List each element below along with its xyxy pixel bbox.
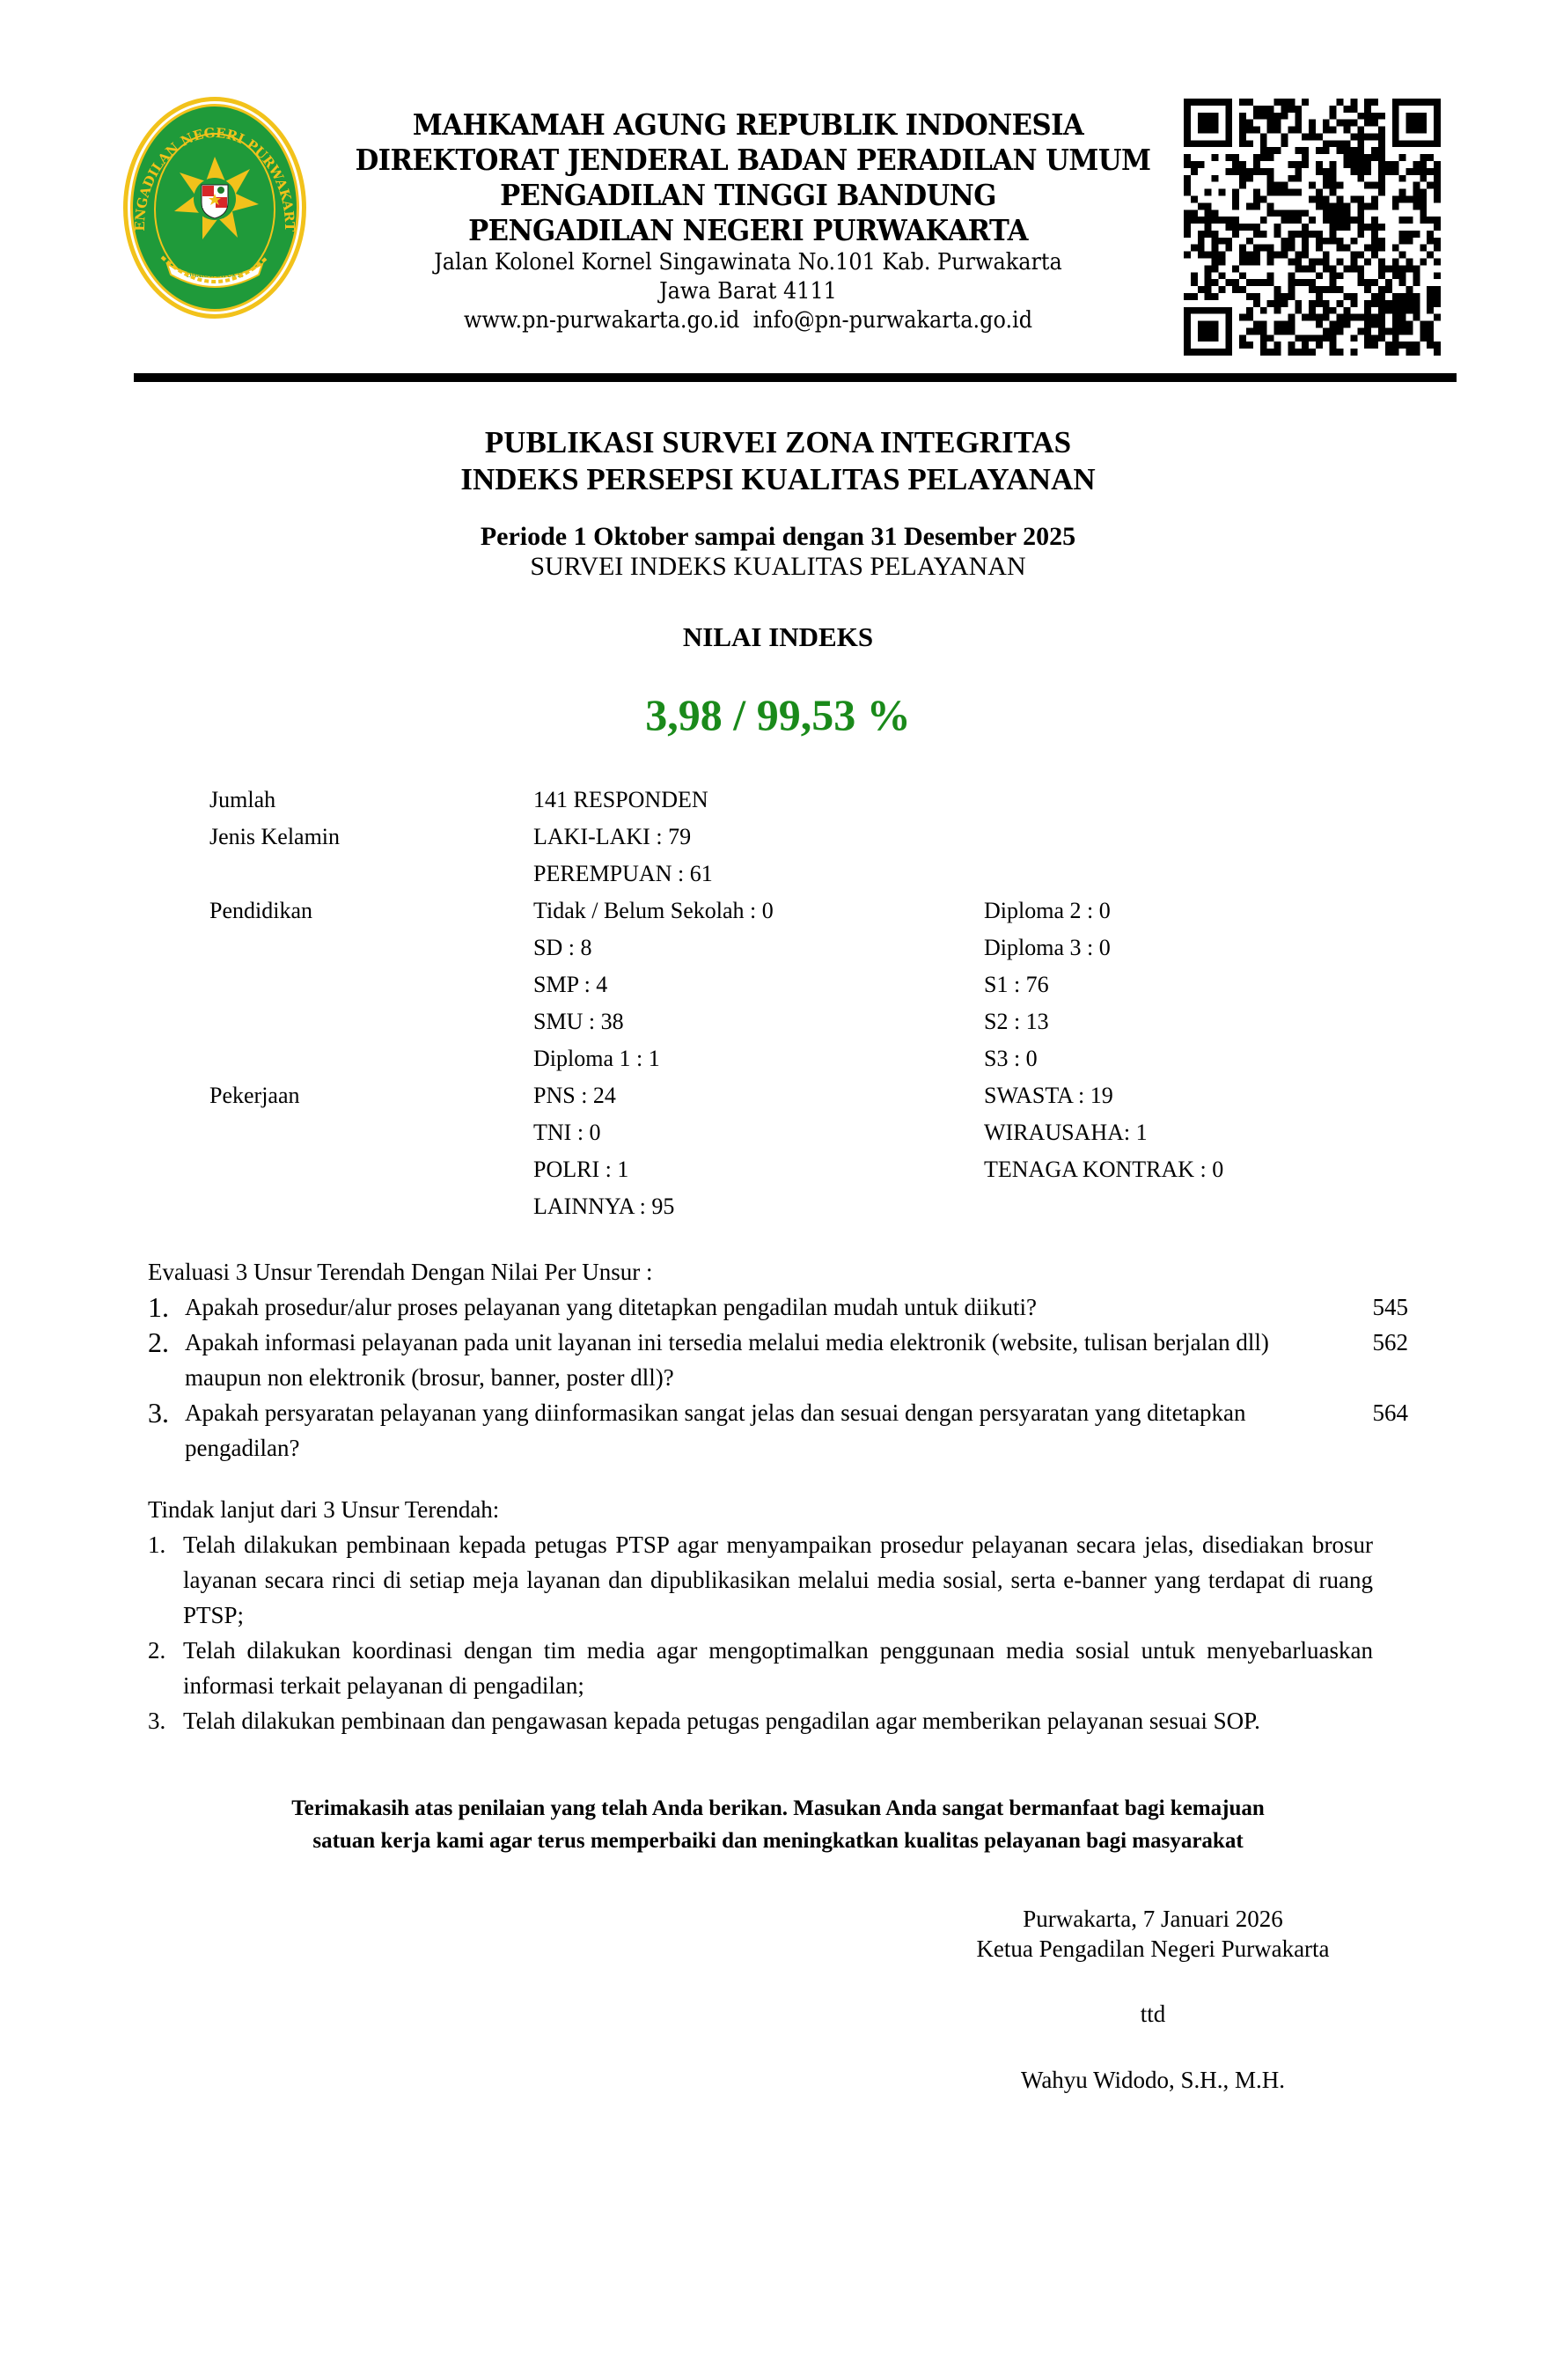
survey-period: Periode 1 Oktober sampai dengan 31 Desem…: [0, 521, 1556, 553]
respondent-count: PNS : 24: [533, 1077, 616, 1114]
survey-name: SURVEI INDEKS KUALITAS PELAYANAN: [0, 551, 1556, 583]
supreme-court-name: MAHKAMAH AGUNG REPUBLIK INDONESIA: [356, 107, 1141, 143]
respondent-count: SMP : 4: [533, 966, 607, 1003]
respondent-count: Diploma 1 : 1: [533, 1040, 660, 1077]
title-line-2: INDEKS PERSEPSI KUALITAS PELAYANAN: [0, 461, 1556, 498]
address: Jalan Kolonel Kornel Singawinata No.101 …: [359, 248, 1136, 277]
document-title: PUBLIKASI SURVEI ZONA INTEGRITAS INDEKS …: [0, 424, 1556, 498]
respondent-count: 141 RESPONDEN: [533, 782, 708, 819]
qr-code-icon: [1182, 99, 1442, 356]
item-number: 2.: [148, 1325, 169, 1360]
respondent-count: WIRAUSAHA: 1: [984, 1114, 1148, 1151]
thank-you-line-1: Terimakasih atas penilaian yang telah An…: [158, 1792, 1398, 1825]
evaluation-item: 3.Apakah persyaratan pelayanan yang diin…: [148, 1395, 1415, 1465]
respondent-count: TENAGA KONTRAK : 0: [984, 1151, 1223, 1188]
item-number: 2.: [148, 1633, 165, 1668]
item-text: Telah dilakukan koordinasi dengan tim me…: [183, 1637, 1373, 1699]
district-court-name: PENGADILAN NEGERI PURWAKARTA: [356, 213, 1141, 248]
respondent-count: PEREMPUAN : 61: [533, 856, 713, 892]
respondent-count: LAINNYA : 95: [533, 1188, 674, 1225]
letterhead: MAHKAMAH AGUNG REPUBLIK INDONESIA DIREKT…: [326, 107, 1171, 335]
respondent-category: Pekerjaan: [209, 1077, 300, 1114]
respondent-count: LAKI-LAKI : 79: [533, 819, 691, 856]
evaluation-section: Evaluasi 3 Unsur Terendah Dengan Nilai P…: [148, 1254, 1415, 1465]
follow-up-item: 2.Telah dilakukan koordinasi dengan tim …: [148, 1633, 1373, 1703]
title-line-1: PUBLIKASI SURVEI ZONA INTEGRITAS: [0, 424, 1556, 461]
item-number: 3.: [148, 1395, 169, 1430]
item-question: Apakah informasi pelayanan pada unit lay…: [185, 1325, 1310, 1395]
item-score: 545: [1373, 1289, 1409, 1325]
respondent-count: SD : 8: [533, 929, 591, 966]
respondent-count: S1 : 76: [984, 966, 1049, 1003]
respondent-category: Pendidikan: [209, 892, 312, 929]
item-question: Apakah prosedur/alur proses pelayanan ya…: [185, 1289, 1310, 1325]
court-emblem-icon: PENGADILAN NEGERI PURWAKARTA DHARMMAYUKT…: [121, 95, 308, 320]
region: Jawa Barat 4111: [359, 277, 1136, 306]
item-score: 562: [1373, 1325, 1409, 1360]
signatory-name: Wahyu Widodo, S.H., M.H.: [915, 2064, 1391, 2096]
index-label: NILAI INDEKS: [0, 621, 1556, 654]
respondent-category: Jenis Kelamin: [209, 819, 340, 856]
follow-up-section: Tindak lanjut dari 3 Unsur Terendah: 1.T…: [148, 1492, 1373, 1738]
item-number: 1.: [148, 1527, 165, 1562]
respondent-count: S2 : 13: [984, 1003, 1049, 1040]
respondent-count: SWASTA : 19: [984, 1077, 1113, 1114]
respondent-count: POLRI : 1: [533, 1151, 628, 1188]
directorate-name: DIREKTORAT JENDERAL BADAN PERADILAN UMUM: [356, 143, 1141, 178]
item-question: Apakah persyaratan pelayanan yang diinfo…: [185, 1395, 1310, 1465]
thank-you-line-2: satuan kerja kami agar terus memperbaiki…: [158, 1825, 1398, 1857]
respondent-count: Tidak / Belum Sekolah : 0: [533, 892, 774, 929]
follow-up-heading: Tindak lanjut dari 3 Unsur Terendah:: [148, 1492, 1373, 1527]
evaluation-item: 1.Apakah prosedur/alur proses pelayanan …: [148, 1289, 1415, 1325]
respondent-count: Diploma 2 : 0: [984, 892, 1111, 929]
signature-ttd: ttd: [915, 1998, 1391, 2030]
respondent-count: TNI : 0: [533, 1114, 601, 1151]
item-text: Telah dilakukan pembinaan dan pengawasan…: [183, 1708, 1260, 1734]
item-number: 3.: [148, 1703, 165, 1738]
item-text: Telah dilakukan pembinaan kepada petugas…: [183, 1532, 1373, 1628]
signature-place-date: Purwakarta, 7 Januari 2026: [915, 1903, 1391, 1935]
signature-position: Ketua Pengadilan Negeri Purwakarta: [915, 1933, 1391, 1965]
evaluation-item: 2.Apakah informasi pelayanan pada unit l…: [148, 1325, 1415, 1395]
contact: www.pn-purwakarta.go.id info@pn-purwakar…: [359, 306, 1136, 335]
follow-up-item: 1.Telah dilakukan pembinaan kepada petug…: [148, 1527, 1373, 1633]
respondent-count: S3 : 0: [984, 1040, 1038, 1077]
respondent-count: Diploma 3 : 0: [984, 929, 1111, 966]
respondent-category: Jumlah: [209, 782, 275, 819]
letterhead-divider: [134, 373, 1457, 382]
item-number: 1.: [148, 1289, 169, 1325]
evaluation-heading: Evaluasi 3 Unsur Terendah Dengan Nilai P…: [148, 1254, 1415, 1289]
thank-you-note: Terimakasih atas penilaian yang telah An…: [158, 1792, 1398, 1857]
follow-up-item: 3.Telah dilakukan pembinaan dan pengawas…: [148, 1703, 1373, 1738]
index-value: 3,98 / 99,53 %: [0, 688, 1556, 741]
high-court-name: PENGADILAN TINGGI BANDUNG: [356, 178, 1141, 213]
respondent-count: SMU : 38: [533, 1003, 624, 1040]
item-score: 564: [1373, 1395, 1409, 1430]
